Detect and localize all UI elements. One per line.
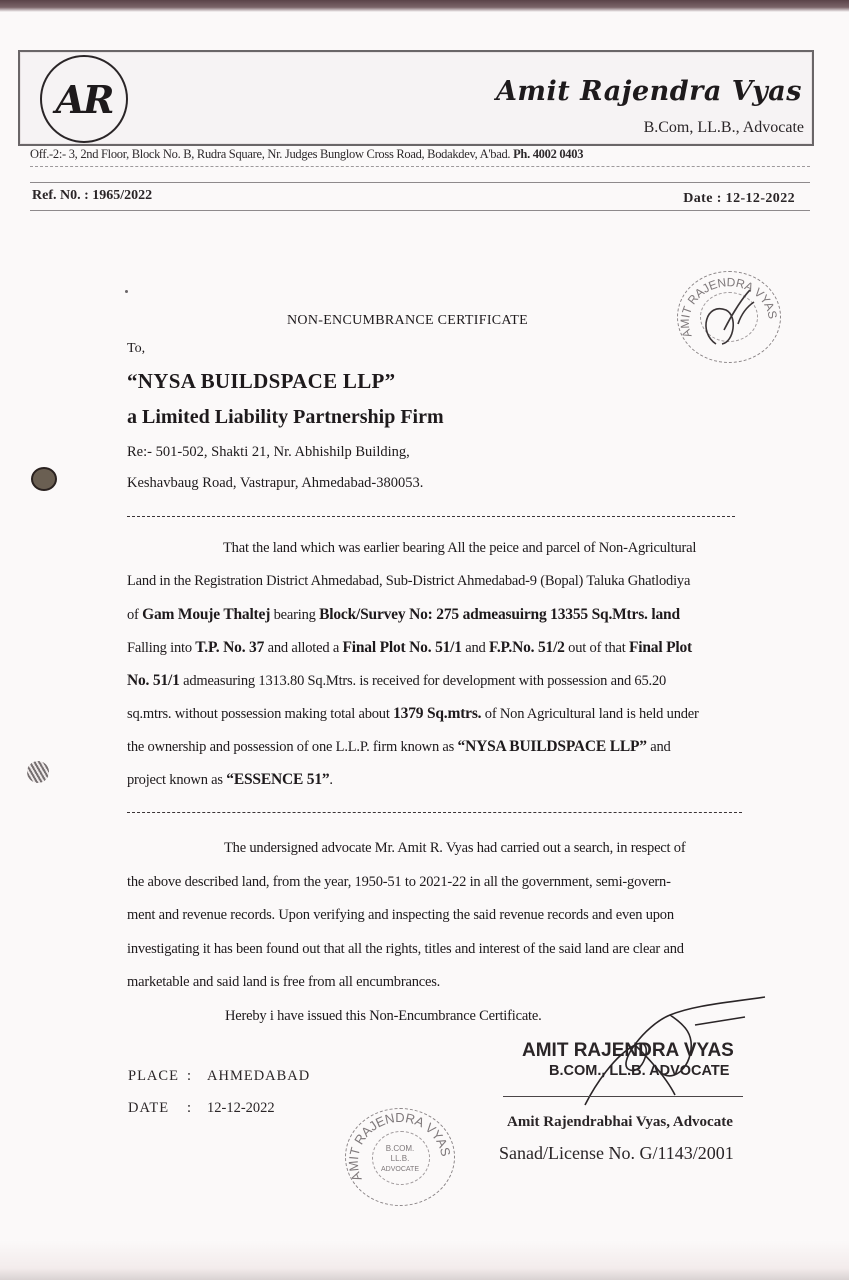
- svg-text:ADVOCATE: ADVOCATE: [381, 1166, 419, 1173]
- divider: [127, 812, 742, 813]
- recipient-type: a Limited Liability Partnership Firm: [127, 406, 444, 429]
- letterhead-name: Amit Rajendra Vyas: [496, 76, 802, 107]
- paragraph-line: project known as “ESSENCE 51”.: [127, 771, 333, 789]
- paragraph-line: Land in the Registration District Ahmeda…: [127, 573, 690, 590]
- paragraph-line: The undersigned advocate Mr. Amit R. Vya…: [224, 840, 685, 857]
- paragraph-line: the above described land, from the year,…: [127, 874, 671, 891]
- seal-ring-text: AMIT RAJENDRA VYAS: [678, 272, 780, 362]
- svg-text:LL.B.: LL.B.: [391, 1154, 410, 1163]
- paragraph-line: marketable and said land is free from al…: [127, 974, 440, 991]
- divider: [127, 516, 735, 517]
- office-address: Off.-2:- 3, 2nd Floor, Block No. B, Rudr…: [30, 147, 510, 161]
- punch-hole-mark: [31, 467, 57, 491]
- place-value: AHMEDABAD: [207, 1068, 310, 1085]
- colon: :: [187, 1068, 191, 1085]
- photo-edge-shade: [0, 1240, 849, 1280]
- recipient-name: “NYSA BUILDSPACE LLP”: [127, 369, 395, 394]
- speck-mark: [125, 290, 128, 293]
- date-value: 12-12-2022: [207, 1100, 275, 1117]
- smudge-mark: [27, 761, 49, 783]
- divider: [30, 166, 810, 167]
- ar-logo: AR: [40, 55, 128, 143]
- date-label: DATE: [128, 1100, 169, 1117]
- letter-date: Date : 12-12-2022: [683, 191, 795, 207]
- license-number: Sanad/License No. G/1143/2001: [499, 1143, 734, 1164]
- paragraph-line: That the land which was earlier bearing …: [223, 540, 696, 557]
- recipient-address-line: Keshavbaug Road, Vastrapur, Ahmedabad-38…: [127, 475, 423, 492]
- paragraph-line: of Gam Mouje Thaltej bearing Block/Surve…: [127, 606, 680, 624]
- divider: [30, 182, 810, 183]
- office-phone: Ph. 4002 0403: [513, 147, 583, 161]
- colon: :: [187, 1100, 191, 1117]
- paragraph-line: No. 51/1 admeasuring 1313.80 Sq.Mtrs. is…: [127, 672, 666, 690]
- letterhead-qualifications: B.Com, LL.B., Advocate: [644, 119, 804, 137]
- svg-text:B.COM.: B.COM.: [386, 1144, 414, 1153]
- signature-line: [503, 1096, 743, 1097]
- letterhead: AR Amit Rajendra Vyas B.Com, LL.B., Advo…: [18, 50, 814, 146]
- paragraph-line: the ownership and possession of one L.L.…: [127, 738, 671, 756]
- svg-text:AMIT RAJENDRA VYAS: AMIT RAJENDRA VYAS: [678, 275, 780, 339]
- handwritten-signature: [575, 995, 775, 1115]
- recipient-address-line: Re:- 501-502, Shakti 21, Nr. Abhishilp B…: [127, 444, 410, 461]
- paragraph-line: Falling into T.P. No. 37 and alloted a F…: [127, 639, 692, 657]
- place-label: PLACE: [128, 1068, 179, 1085]
- paragraph-line: investigating it has been found out that…: [127, 941, 684, 958]
- advocate-seal-top: AMIT RAJENDRA VYAS: [677, 271, 781, 363]
- advocate-seal-bottom: AMIT RAJENDRA VYAS B.COM. LL.B. ADVOCATE: [345, 1108, 455, 1206]
- divider: [30, 210, 810, 211]
- paragraph-line: sq.mtrs. without possession making total…: [127, 705, 699, 723]
- advocate-full-name: Amit Rajendrabhai Vyas, Advocate: [507, 1114, 733, 1131]
- closing-statement: Hereby i have issued this Non-Encumbranc…: [225, 1008, 542, 1025]
- seal-ring-text: AMIT RAJENDRA VYAS B.COM. LL.B. ADVOCATE: [346, 1109, 454, 1205]
- reference-number: Ref. N0. : 1965/2022: [32, 188, 152, 204]
- certificate-title: NON-ENCUMBRANCE CERTIFICATE: [287, 313, 528, 329]
- paragraph-line: ment and revenue records. Upon verifying…: [127, 907, 674, 924]
- office-address-line: Off.-2:- 3, 2nd Floor, Block No. B, Rudr…: [30, 147, 810, 162]
- photo-edge-shadow: [0, 0, 849, 12]
- salutation: To,: [127, 341, 145, 357]
